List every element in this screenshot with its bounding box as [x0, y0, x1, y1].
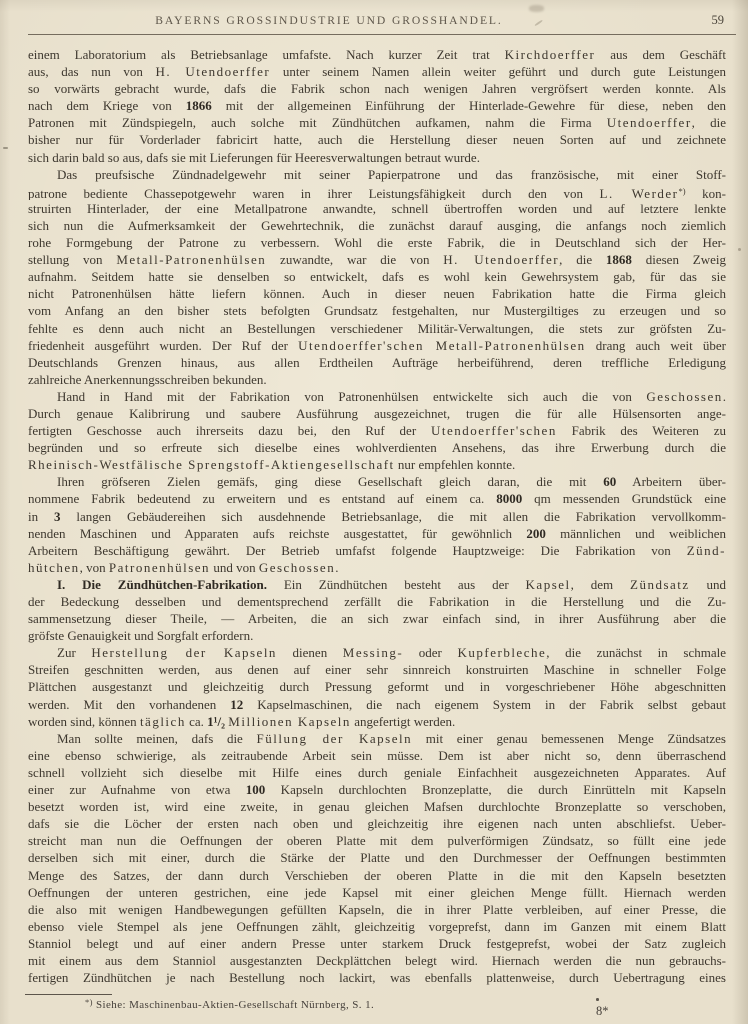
text-line: Arbeitern Beschäftigung gewährt. Der Bet…	[28, 542, 726, 559]
text-run: Man sollte meinen, dafs die	[57, 731, 257, 746]
text-run: struirten Hinterlader, der eine Metallpa…	[28, 201, 726, 216]
text-run: patrone bediente Chassepotgewehr waren i…	[28, 186, 600, 200]
text-run: oder	[403, 645, 457, 660]
text-run: in	[28, 509, 54, 524]
text-run: ca.	[186, 714, 207, 729]
text-run: friedenheit ausgeführt wurden. Der Ruf d…	[28, 338, 298, 353]
text-line: nenden Maschinen und Apparaten aufs reic…	[28, 525, 726, 542]
scan-speck	[3, 147, 8, 149]
text-run: qm messenden Grundstück eine	[522, 491, 726, 506]
text-line: nommene Fabrik bedeutend zu erweitern un…	[28, 490, 726, 507]
text-line: schnell vollzieht sich dieselbe mit Hilf…	[28, 764, 726, 781]
text-run: so vorwärts gebracht wurde, dafs die Fab…	[28, 81, 726, 96]
text-run: besetzt worden ist, wird eine zweite, in…	[28, 799, 726, 814]
text-line: streicht man nun die Oeffnungen der ober…	[28, 832, 726, 849]
text-run: mit einer genau bemessenen Menge Zündsat…	[412, 731, 726, 746]
text-line: nach dem Kriege von 1866 mit der allgeme…	[28, 97, 726, 114]
text-run: nach dem Kriege von	[28, 98, 186, 113]
text-line: Menge des Satzes, der dann durch Verschi…	[28, 867, 726, 884]
text-line: Das preufsische Zündnadelgewehr mit sein…	[28, 166, 726, 183]
text-run: Geschossen	[259, 560, 335, 575]
text-run: mit einem aus dem Stanniol ausgestanzten…	[28, 953, 726, 968]
text-run: nicht Patronenhülsen hätte liefern könne…	[28, 286, 726, 301]
text-run: L. Werder	[600, 186, 679, 200]
text-run: Fabrik des Weiteren zu	[557, 423, 726, 438]
text-run: Zündsatz	[630, 577, 690, 592]
scanned-book-page: { "header": { "title": "BAYERNS GROSSIND…	[0, 0, 748, 1024]
text-line: nicht Patronenhülsen hätte liefern könne…	[28, 285, 726, 302]
text-run: Füllung der Kapseln	[257, 731, 413, 746]
text-line: vom Anfang an den bisher stets befolgten…	[28, 302, 726, 319]
text-run: 1866	[186, 98, 212, 113]
text-run: Arbeitern Beschäftigung gewährt. Der Bet…	[28, 543, 687, 558]
text-run: 8000	[496, 491, 522, 506]
text-run: Herstellung der Kapseln	[91, 645, 277, 660]
text-run: Hand in Hand mit der Fabrikation von Pat…	[57, 389, 646, 404]
text-run: Utendoerffer'schen Metall-Patronenhülsen	[298, 338, 585, 353]
text-line: fertigen Zündhütchen je nach Bestellung …	[28, 969, 726, 986]
text-run: kon-	[686, 186, 726, 200]
text-run: , die zunächst in schmale	[546, 645, 726, 660]
text-line: Plättchen ausgestanzt und gleichzeitig d…	[28, 678, 726, 695]
text-run: einem Laboratorium als Betriebsanlage um…	[28, 47, 505, 62]
text-run: aufnahm. Seitdem hatte sie denselben so …	[28, 269, 726, 284]
text-line: mit einem aus dem Stanniol ausgestanzten…	[28, 952, 726, 969]
text-line: eine ebenso schwierige, als zeitraubende…	[28, 747, 726, 764]
text-run: Zur	[57, 645, 91, 660]
text-run: täglich	[140, 714, 186, 729]
text-run: die also mit wenigen Handbewegungen gefü…	[28, 902, 726, 917]
text-line: bisher nur für Vorderlader fabricirt hat…	[28, 131, 726, 148]
text-run: 1¹/₂	[207, 714, 225, 729]
text-run: , die	[559, 252, 606, 267]
text-line: Streifen geschnitten werden, aus denen a…	[28, 661, 726, 678]
text-run: nur empfehlen konnte.	[395, 457, 516, 472]
text-run: nenden Maschinen und Apparaten aufs reic…	[28, 526, 526, 541]
text-line: fertigten Geschosse auch ihrerseits dazu…	[28, 422, 726, 439]
text-line: sich nun die Aufmerksamkeit der Gewehrte…	[28, 217, 726, 234]
text-line: stellung von Metall-Patronenhülsen zuwan…	[28, 251, 726, 268]
text-run: Utendoerffer	[607, 115, 692, 130]
text-run: begründen und so erfreute sich dieselbe …	[28, 440, 726, 455]
text-run: eine ebenso schwierige, als zeitraubende…	[28, 748, 726, 763]
text-run: schnell vollzieht sich dieselbe mit Hilf…	[28, 765, 726, 780]
text-line: rohe Formgebung der Patrone zu verbesser…	[28, 234, 726, 251]
text-run: Ihren gröfseren Zielen gemäfs, ging dies…	[57, 474, 603, 489]
text-run: einer zur Aufnahme von etwa	[28, 782, 246, 797]
text-run: dafs sie die Löcher der ersten nach oben…	[28, 816, 726, 831]
paragraph: Zur Herstellung der Kapseln dienen Messi…	[28, 644, 726, 729]
text-line: aus, das nun von H. Utendoerffer unter s…	[28, 63, 726, 80]
text-run: zuwandte, war die von	[266, 252, 443, 267]
text-run: Zünd-	[687, 543, 726, 558]
text-run: Millionen Kapseln	[228, 714, 351, 729]
paragraph: I. Die Zündhütchen-Fabrikation. Ein Zünd…	[28, 576, 726, 644]
text-run: hütchen	[28, 560, 80, 575]
text-run: gröfste Genauigkeit und Sorgfalt erforde…	[28, 628, 253, 643]
text-run: Plättchen ausgestanzt und gleichzeitig d…	[28, 679, 726, 694]
body-text: einem Laboratorium als Betriebsanlage um…	[28, 46, 726, 986]
paragraph: Das preufsische Zündnadelgewehr mit sein…	[28, 166, 726, 388]
text-run: Oeffnungen der unteren gestrichen, eine …	[28, 885, 726, 900]
text-run: Durch genaue Kalibrirung und saubere Aus…	[28, 406, 726, 421]
text-line: einem Laboratorium als Betriebsanlage um…	[28, 46, 726, 63]
text-run: zahlreiche Anerkennungsschreiben bekunde…	[28, 372, 267, 387]
text-run: Geschossen	[646, 389, 722, 404]
text-run: Utendoerffer'schen	[431, 423, 557, 438]
text-run: sich darin bald so aus, dafs sie mit Lie…	[28, 150, 480, 165]
text-line: einer zur Aufnahme von etwa 100 Kapseln …	[28, 781, 726, 798]
text-line: Man sollte meinen, dafs die Füllung der …	[28, 730, 726, 747]
text-run: und	[690, 577, 726, 592]
scan-speck	[529, 5, 544, 12]
text-run: nommene Fabrik bedeutend zu erweitern un…	[28, 491, 496, 506]
scan-speck	[738, 248, 741, 251]
text-run: der Bedeckung desselben und dementsprech…	[28, 594, 726, 609]
text-run: Das preufsische Zündnadelgewehr mit sein…	[57, 167, 726, 182]
paragraph: Ihren gröfseren Zielen gemäfs, ging dies…	[28, 473, 726, 576]
text-run: Messing-	[343, 645, 403, 660]
text-run: 60	[603, 474, 616, 489]
text-run: Kirchdoerffer	[505, 47, 596, 62]
text-run: Kapseln durchlochten Bronzeplatte, die d…	[265, 782, 726, 797]
text-run: Rheinisch-Westfälische Sprengstoff-Aktie…	[28, 457, 395, 472]
text-line: zahlreiche Anerkennungsschreiben bekunde…	[28, 371, 726, 388]
text-line: gröfste Genauigkeit und Sorgfalt erforde…	[28, 627, 726, 644]
text-line: Patronen mit Zündspiegeln, auch solche m…	[28, 114, 726, 131]
text-run: langen Gebäudereihen sich ausdehnende Be…	[61, 509, 726, 524]
text-run: 100	[246, 782, 266, 797]
text-run: , von	[80, 560, 109, 575]
text-line: so vorwärts gebracht wurde, dafs die Fab…	[28, 80, 726, 97]
text-line: in 3 langen Gebäudereihen sich ausdehnen…	[28, 508, 726, 525]
text-line: Zur Herstellung der Kapseln dienen Messi…	[28, 644, 726, 661]
text-run: 200	[526, 526, 546, 541]
text-run: Metall-Patronenhülsen	[116, 252, 266, 267]
footnote: *) Siehe: Maschinenbau-Aktien-Gesellscha…	[85, 997, 374, 1011]
text-line: werden. Mit den vorhandenen 12 Kapselmas…	[28, 696, 726, 713]
text-run: 1868	[606, 252, 632, 267]
paragraph: Hand in Hand mit der Fabrikation von Pat…	[28, 388, 726, 473]
footnote-marker: *)	[85, 997, 93, 1007]
text-run: fehlte es denn auch nicht an Bestellunge…	[28, 321, 726, 336]
footnote-text: Siehe: Maschinenbau-Aktien-Gesellschaft …	[93, 999, 374, 1011]
text-run: .	[723, 389, 726, 404]
text-line: fehlte es denn auch nicht an Bestellunge…	[28, 320, 726, 337]
text-run: 12	[230, 697, 243, 712]
text-run: H. Utendoerffer	[156, 64, 271, 79]
text-run: .	[335, 560, 338, 575]
text-run: aus dem Geschäft	[595, 47, 726, 62]
text-line: der Bedeckung desselben und dementsprech…	[28, 593, 726, 610]
text-line: Deutschlands Grenzen hinaus, aus allen E…	[28, 354, 726, 371]
text-run: dienen	[277, 645, 343, 660]
header-rule	[28, 34, 736, 35]
text-run: drang auch weit über	[586, 338, 726, 353]
text-line: worden sind, können täglich ca. 1¹/₂ Mil…	[28, 713, 726, 730]
text-run: männlichen und weiblichen	[546, 526, 726, 541]
text-line: Rheinisch-Westfälische Sprengstoff-Aktie…	[28, 456, 726, 473]
scan-speck	[596, 998, 599, 1001]
text-run: sammensetzung dieser Theile, — Arbeiten,…	[28, 611, 726, 626]
text-run: , dem	[571, 577, 630, 592]
text-run: derselben sich mit einer, durch die Stär…	[28, 850, 726, 865]
text-run: Patronenhülsen	[109, 560, 210, 575]
text-run: *)	[679, 186, 686, 196]
text-run: sich nun die Aufmerksamkeit der Gewehrte…	[28, 218, 726, 233]
text-run: Streifen geschnitten werden, aus denen a…	[28, 662, 726, 677]
text-run: Ein Zündhütchen besteht aus der	[267, 577, 526, 592]
text-line: I. Die Zündhütchen-Fabrikation. Ein Zünd…	[28, 576, 726, 593]
text-run: worden sind, können	[28, 714, 140, 729]
text-line: ebenso viele Stempel als jene Oeffnungen…	[28, 918, 726, 935]
text-line: sammensetzung dieser Theile, — Arbeiten,…	[28, 610, 726, 627]
text-run: vom Anfang an den bisher stets befolgten…	[28, 303, 726, 318]
paragraph: einem Laboratorium als Betriebsanlage um…	[28, 46, 726, 166]
text-run: fertigen Zündhütchen je nach Bestellung …	[28, 970, 726, 985]
text-run: Kapsel	[526, 577, 571, 592]
printer-signature-mark: 8*	[596, 1004, 609, 1019]
text-line: Hand in Hand mit der Fabrikation von Pat…	[28, 388, 726, 405]
text-line: besetzt worden ist, wird eine zweite, in…	[28, 798, 726, 815]
footnote-rule	[25, 994, 112, 995]
text-run: werden. Mit den vorhandenen	[28, 697, 230, 712]
text-run: streicht man nun die Oeffnungen der ober…	[28, 833, 726, 848]
text-line: aufnahm. Seitdem hatte sie denselben so …	[28, 268, 726, 285]
text-line: die also mit wenigen Handbewegungen gefü…	[28, 901, 726, 918]
text-line: Oeffnungen der unteren gestrichen, eine …	[28, 884, 726, 901]
text-run: Patronen mit Zündspiegeln, auch solche m…	[28, 115, 607, 130]
text-line: derselben sich mit einer, durch die Stär…	[28, 849, 726, 866]
text-line: Durch genaue Kalibrirung und saubere Aus…	[28, 405, 726, 422]
text-line: dafs sie die Löcher der ersten nach oben…	[28, 815, 726, 832]
text-run: H. Utendoerffer	[443, 252, 559, 267]
text-run: ebenso viele Stempel als jene Oeffnungen…	[28, 919, 726, 934]
text-line: patrone bediente Chassepotgewehr waren i…	[28, 183, 726, 200]
text-line: Stanniol belegt und auf einer andern Pre…	[28, 935, 726, 952]
text-run: Kapselmaschinen, die nach eigenem System…	[243, 697, 726, 712]
text-run: Stanniol belegt und auf einer andern Pre…	[28, 936, 726, 951]
text-run: unter seinem Namen allein weiter geführt…	[270, 64, 726, 79]
text-run: mit der allgemeinen Einführung der Hinte…	[212, 98, 726, 113]
text-run: bisher nur für Vorderlader fabricirt hat…	[28, 132, 726, 147]
text-run: aus, das nun von	[28, 64, 156, 79]
text-run: rohe Formgebung der Patrone zu verbesser…	[28, 235, 726, 250]
text-run: I. Die Zündhütchen-Fabrikation.	[57, 577, 267, 592]
text-run: Menge des Satzes, der dann durch Verschi…	[28, 868, 726, 883]
text-run: und von	[210, 560, 259, 575]
text-line: hütchen, von Patronenhülsen und von Gesc…	[28, 559, 726, 576]
page-number: 59	[712, 13, 725, 28]
text-run: Kupferbleche	[458, 645, 547, 660]
paragraph: Man sollte meinen, dafs die Füllung der …	[28, 730, 726, 986]
text-run: diesen Zweig	[632, 252, 726, 267]
text-run: Deutschlands Grenzen hinaus, aus allen E…	[28, 355, 726, 370]
text-run: Arbeitern über-	[616, 474, 726, 489]
page-header: BAYERNS GROSSINDUSTRIE UND GROSSHANDEL. …	[28, 12, 726, 34]
text-line: struirten Hinterlader, der eine Metallpa…	[28, 200, 726, 217]
text-line: friedenheit ausgeführt wurden. Der Ruf d…	[28, 337, 726, 354]
text-run: , die	[692, 115, 726, 130]
text-line: Ihren gröfseren Zielen gemäfs, ging dies…	[28, 473, 726, 490]
text-line: sich darin bald so aus, dafs sie mit Lie…	[28, 149, 726, 166]
text-line: begründen und so erfreute sich dieselbe …	[28, 439, 726, 456]
text-run: angefertigt werden.	[351, 714, 455, 729]
text-run: fertigten Geschosse auch ihrerseits dazu…	[28, 423, 431, 438]
text-run: stellung von	[28, 252, 116, 267]
